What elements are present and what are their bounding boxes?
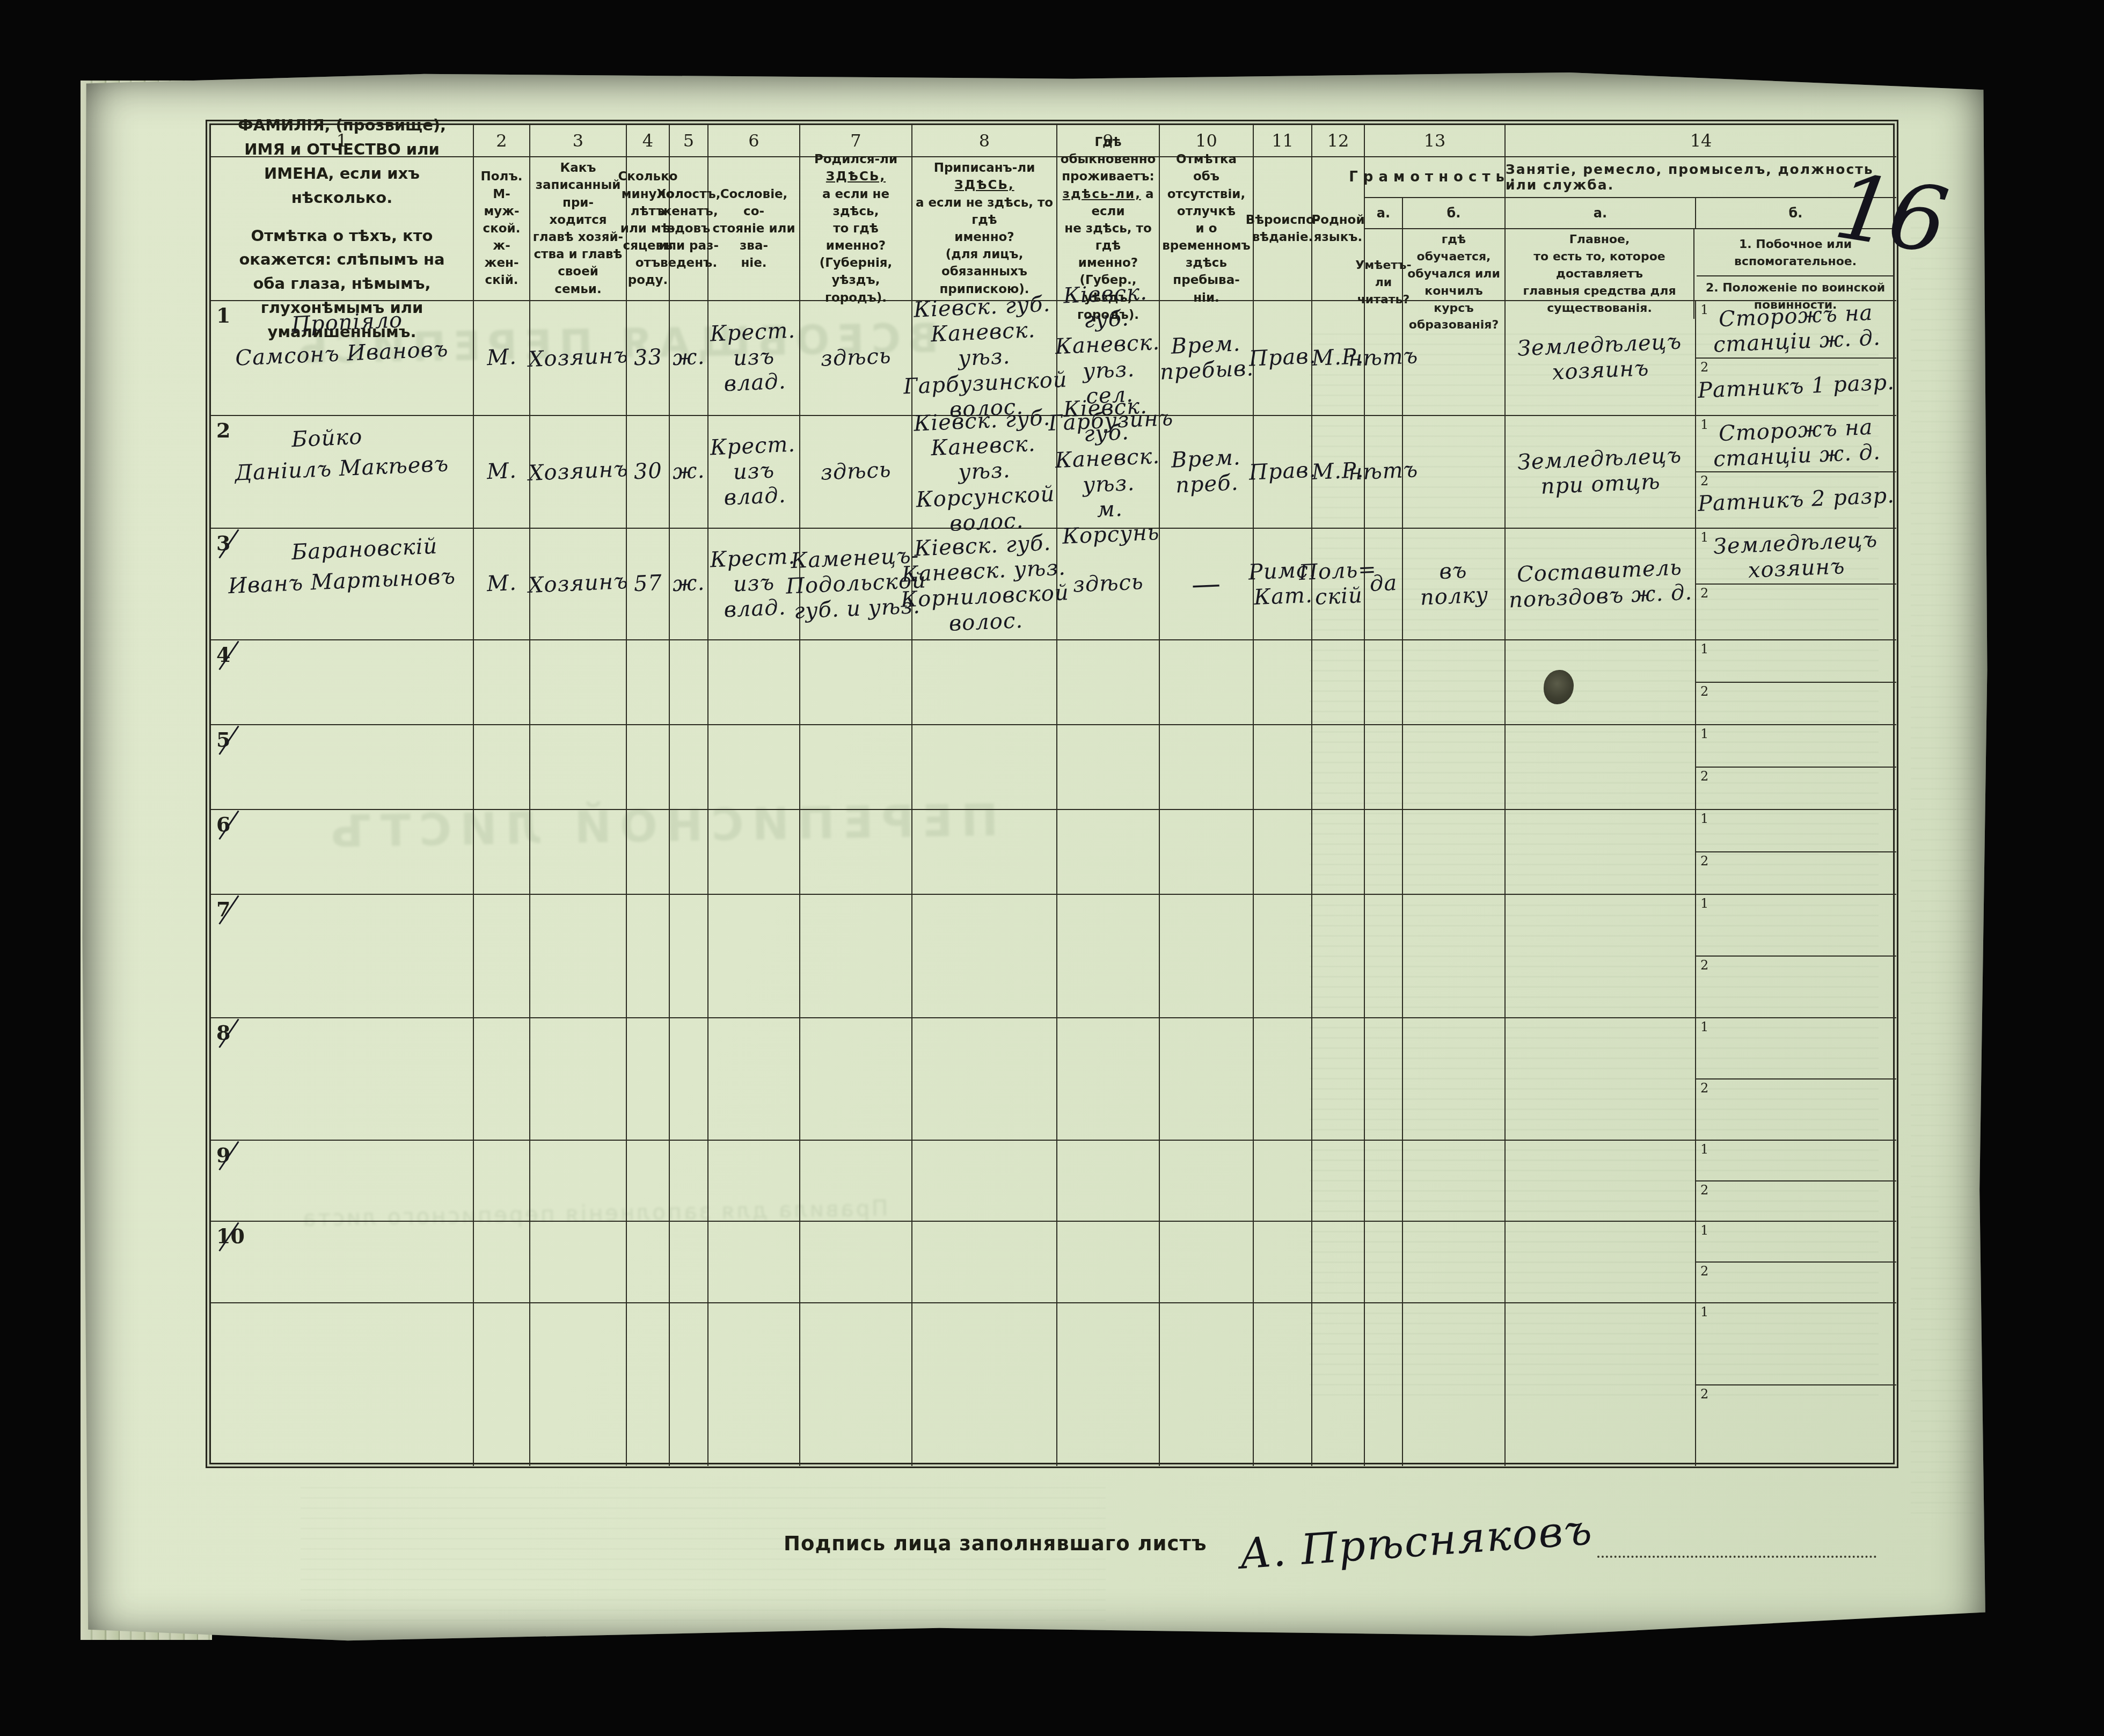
given-name-entry: Даніилъ Макѣевъ <box>210 451 473 487</box>
sub-label-2: 2 <box>1700 1387 1708 1402</box>
row-number: 1 <box>216 303 230 327</box>
sub-label-1: 1 <box>1700 530 1708 545</box>
birthplace-entry: здѣсь <box>800 416 912 529</box>
row-number: 2 <box>216 418 230 442</box>
main-occupation-entry: Земледѣлецъ при отцѣ <box>1506 416 1696 529</box>
surname-entry: Барановскій <box>291 533 473 566</box>
empty-cell <box>912 640 1057 725</box>
column-number-2: 2 <box>474 125 530 157</box>
main-occupation-entry: Земледѣлецъ хозяинъ <box>1506 301 1696 416</box>
empty-cell <box>530 1303 627 1466</box>
empty-cell <box>1254 1018 1312 1141</box>
sex-entry: М. <box>474 416 530 529</box>
empty-cell <box>1057 640 1160 725</box>
sex-entry: М. <box>474 529 530 640</box>
row-number: 3 <box>216 531 230 555</box>
empty-cell <box>1057 1141 1160 1222</box>
empty-cell <box>912 1018 1057 1141</box>
empty-cell <box>1403 1303 1506 1466</box>
empty-cell <box>530 640 627 725</box>
absence-entry: — <box>1160 529 1254 640</box>
empty-cell <box>708 895 800 1018</box>
age-entry: 33 <box>627 301 670 416</box>
empty-cell <box>1160 895 1254 1018</box>
empty-cell <box>1312 640 1365 725</box>
empty-cell <box>708 1018 800 1141</box>
empty-cell <box>474 810 530 895</box>
empty-cell <box>1365 1303 1403 1466</box>
empty-cell <box>1312 810 1365 895</box>
empty-cell <box>627 1141 670 1222</box>
empty-cell <box>1160 1141 1254 1222</box>
side-occupation-cell: 1Сторожъ на станціи ж. д. 2Ратникъ 2 раз… <box>1696 416 1896 529</box>
empty-cell <box>474 895 530 1018</box>
empty-cell <box>474 1303 530 1466</box>
military-status-entry: Ратникъ 1 разр. <box>1697 370 1895 404</box>
side-occupation-entry: Сторожъ на станціи ж. д. <box>1712 415 1881 473</box>
empty-cell <box>1506 1222 1696 1303</box>
empty-cell <box>1160 810 1254 895</box>
side-occupation-cell: 1 2 <box>1696 1222 1896 1303</box>
side-occupation-cell: 1Земледѣлецъ хозяинъ 2 <box>1696 529 1896 640</box>
row-number: 4 <box>216 643 230 667</box>
signature-label: Подпись лица заполнявшаго листъ <box>784 1518 1207 1555</box>
empty-cell <box>1506 1018 1696 1141</box>
empty-cell <box>627 810 670 895</box>
column-number-3: 3 <box>530 125 627 157</box>
empty-cell <box>627 1222 670 1303</box>
empty-cell <box>708 810 800 895</box>
sub-label-1: 1 <box>1700 641 1708 657</box>
estate-entry: Крест. изъ влад. <box>708 301 800 416</box>
empty-cell <box>474 1222 530 1303</box>
residence-entry: здѣсь <box>1057 529 1160 640</box>
empty-cell <box>1312 1222 1365 1303</box>
literacy-entry: да <box>1365 529 1403 640</box>
empty-row-name-cell: 4 <box>211 640 474 725</box>
birthplace-entry: Каменецъ- Подольской губ. и уѣз. <box>800 529 912 640</box>
empty-cell <box>670 895 708 1018</box>
empty-cell <box>1403 1018 1506 1141</box>
empty-cell <box>474 1018 530 1141</box>
row-1-name-cell: 1 Пропіяло Самсонъ Ивановъ <box>211 301 474 416</box>
column-number-13: 13 <box>1365 125 1506 157</box>
sub-label-1: 1 <box>1700 811 1708 826</box>
empty-cell <box>912 895 1057 1018</box>
empty-cell <box>1506 640 1696 725</box>
empty-cell <box>708 1303 800 1466</box>
empty-cell <box>670 1141 708 1222</box>
row-3-name-cell: 3 Барановскій Иванъ Мартыновъ <box>211 529 474 640</box>
empty-cell <box>1160 1222 1254 1303</box>
empty-cell <box>1403 810 1506 895</box>
row-number: 6 <box>216 812 230 836</box>
column-number-11: 11 <box>1254 125 1312 157</box>
empty-cell <box>1403 640 1506 725</box>
row-number: 8 <box>216 1020 230 1045</box>
empty-cell <box>708 640 800 725</box>
empty-cell <box>1057 725 1160 810</box>
sub-label-2: 2 <box>1700 1264 1708 1279</box>
side-occupation-cell: 1 2 <box>1696 640 1896 725</box>
empty-cell <box>1312 1018 1365 1141</box>
empty-cell <box>1160 1018 1254 1141</box>
given-name-entry: Самсонъ Ивановъ <box>210 336 473 373</box>
empty-cell <box>627 1303 670 1466</box>
empty-cell <box>1254 1141 1312 1222</box>
empty-cell <box>1254 725 1312 810</box>
empty-cell <box>670 1303 708 1466</box>
empty-cell <box>1312 1141 1365 1222</box>
empty-cell <box>1254 1303 1312 1466</box>
empty-cell <box>670 810 708 895</box>
registration-entry: Кіевск. губ. Каневск. уѣз. Гарбузинской … <box>912 301 1057 416</box>
sub-label-2: 2 <box>1700 854 1708 869</box>
empty-cell <box>1254 640 1312 725</box>
empty-cell <box>1403 895 1506 1018</box>
marital-entry: ж. <box>670 529 708 640</box>
empty-cell <box>1365 895 1403 1018</box>
side-occupation-entry: Земледѣлецъ хозяинъ <box>1713 527 1879 585</box>
absence-entry: Врем. пребыв. <box>1160 301 1254 416</box>
side-occupation-cell: 1 2 <box>1696 1303 1896 1466</box>
empty-cell <box>800 725 912 810</box>
empty-cell <box>708 1141 800 1222</box>
column-number-5: 5 <box>670 125 708 157</box>
age-entry: 57 <box>627 529 670 640</box>
empty-cell <box>1057 1222 1160 1303</box>
row-number: 10 <box>216 1224 245 1248</box>
column-number-4: 4 <box>627 125 670 157</box>
empty-cell <box>474 725 530 810</box>
empty-cell <box>1506 725 1696 810</box>
empty-cell <box>530 810 627 895</box>
empty-cell <box>1365 640 1403 725</box>
side-occupation-entry: Сторожъ на станціи ж. д. <box>1712 301 1881 359</box>
empty-cell <box>627 725 670 810</box>
empty-row-name-cell: 8 <box>211 1018 474 1141</box>
empty-cell <box>1057 810 1160 895</box>
sub-label-2: 2 <box>1700 958 1708 973</box>
residence-entry: Кіевск. губ. Каневск. уѣз. м. Корсунь <box>1057 416 1160 529</box>
side-occupation-cell: 1 2 <box>1696 1018 1896 1141</box>
side-occupation-cell: 1 2 <box>1696 725 1896 810</box>
column-number-14: 14 <box>1506 125 1896 157</box>
marital-entry: ж. <box>670 416 708 529</box>
signature-block: Подпись лица заполнявшаго листъ А. Прѣсн… <box>784 1518 1876 1566</box>
empty-cell <box>1506 1303 1696 1466</box>
empty-row-name-cell: 6 <box>211 810 474 895</box>
header-name-column: ФАМИЛІЯ, (прозвище), ИМЯ и ОТЧЕСТВО или … <box>211 157 474 301</box>
surname-entry: Пропіяло <box>291 305 473 338</box>
estate-entry: Крест. изъ влад. <box>708 416 800 529</box>
empty-cell <box>670 640 708 725</box>
row-2-name-cell: 2 Бойко Даніилъ Макѣевъ <box>211 416 474 529</box>
empty-cell <box>530 1141 627 1222</box>
empty-cell <box>800 640 912 725</box>
empty-cell <box>530 895 627 1018</box>
header-marital: Холостъ, женатъ, вдовъ или раз- веденъ. <box>670 157 708 301</box>
empty-cell <box>800 810 912 895</box>
empty-cell <box>1365 1141 1403 1222</box>
age-entry: 30 <box>627 416 670 529</box>
empty-cell <box>1365 810 1403 895</box>
row-number: 9 <box>216 1143 230 1167</box>
sub-label-2: 2 <box>1700 360 1708 375</box>
education-entry: въ полку <box>1403 529 1506 640</box>
sub-label-2: 2 <box>1700 586 1708 601</box>
empty-cell <box>912 1141 1057 1222</box>
sub-label-2: 2 <box>1700 473 1708 488</box>
empty-cell <box>800 1141 912 1222</box>
column-number-8: 8 <box>912 125 1057 157</box>
sub-label-2: 2 <box>1700 1081 1708 1096</box>
main-occupation-entry: Составитель поѣздовъ ж. д. <box>1506 529 1696 640</box>
page-number: 16 <box>1828 153 1952 274</box>
empty-cell <box>1160 640 1254 725</box>
side-occupation-cell: 1 2 <box>1696 810 1896 895</box>
literacy-entry: нѣтъ <box>1365 416 1403 529</box>
sex-entry: М. <box>474 301 530 416</box>
header-estate: Сословіе, со- стояніе или зва- ніе. <box>708 157 800 301</box>
sub-label-2: 2 <box>1700 1183 1708 1198</box>
sub-label-1: 1 <box>1700 726 1708 741</box>
header-residence: Гдѣ обыкновенно проживаетъ: здѣсь-ли, а … <box>1057 157 1160 301</box>
empty-cell <box>1365 1018 1403 1141</box>
sub-label-1: 1 <box>1700 1304 1708 1319</box>
row-number: 7 <box>216 897 230 921</box>
surname-entry: Бойко <box>291 420 473 453</box>
literacy-entry: нѣтъ <box>1365 301 1403 416</box>
empty-cell <box>670 1018 708 1141</box>
empty-cell <box>1403 1222 1506 1303</box>
registration-entry: Кіевск. губ. Каневск. уѣз. Корсунской во… <box>912 416 1057 529</box>
empty-cell <box>912 810 1057 895</box>
empty-cell <box>474 1141 530 1222</box>
empty-cell <box>912 1222 1057 1303</box>
empty-cell <box>708 1222 800 1303</box>
sub-label-1: 1 <box>1700 896 1708 911</box>
census-sheet-photo: ВСЕОБЩАЯ ПЕРЕПИСЬ ПЕРЕПИСНОЙ ЛИСТЪ Прави… <box>0 0 2104 1736</box>
empty-row-name-cell: 10 <box>211 1222 474 1303</box>
side-occupation-cell: 1 2 <box>1696 1141 1896 1222</box>
sub-label-2: 2 <box>1700 769 1708 784</box>
empty-cell <box>800 1303 912 1466</box>
relation-entry: Хозяинъ <box>530 416 627 529</box>
empty-cell <box>1057 1018 1160 1141</box>
empty-cell <box>1254 895 1312 1018</box>
empty-cell <box>1403 1141 1506 1222</box>
header-birthplace: Родился-ли ЗДѢСЬ, а если не здѣсь, то гд… <box>800 157 912 301</box>
religion-entry: Прав. <box>1254 416 1312 529</box>
language-entry: Поль= скій <box>1312 529 1365 640</box>
empty-cell <box>670 1222 708 1303</box>
empty-row-name-cell <box>211 1303 474 1466</box>
empty-cell <box>1506 810 1696 895</box>
empty-cell <box>474 640 530 725</box>
sub-label-2: 2 <box>1700 684 1708 699</box>
empty-cell <box>627 640 670 725</box>
empty-cell <box>1506 1141 1696 1222</box>
relation-entry: Хозяинъ <box>530 529 627 640</box>
absence-entry: Врем. преб. <box>1160 416 1254 529</box>
side-occupation-cell: 1Сторожъ на станціи ж. д. 2Ратникъ 1 раз… <box>1696 301 1896 416</box>
column-number-6: 6 <box>708 125 800 157</box>
sub-label-1: 1 <box>1700 302 1708 317</box>
empty-cell <box>530 1018 627 1141</box>
signature-dotted-line <box>1597 1556 1876 1558</box>
empty-cell <box>800 1222 912 1303</box>
birthplace-entry: здѣсь <box>800 301 912 416</box>
empty-cell <box>1057 895 1160 1018</box>
given-name-entry: Иванъ Мартыновъ <box>210 564 473 600</box>
empty-cell <box>670 725 708 810</box>
military-status-entry: Ратникъ 2 разр. <box>1697 483 1895 517</box>
education-entry <box>1403 301 1506 416</box>
header-registration: Приписанъ-ли ЗДѢСЬ, а если не здѣсь, то … <box>912 157 1057 301</box>
empty-cell <box>1506 895 1696 1018</box>
empty-cell <box>627 1018 670 1141</box>
empty-cell <box>1160 1303 1254 1466</box>
sub-label-1: 1 <box>1700 1142 1708 1157</box>
empty-cell <box>1254 1222 1312 1303</box>
registration-entry: Кіевск. губ. Каневск. уѣз. Корниловской … <box>912 529 1057 640</box>
side-occupation-cell: 1 2 <box>1696 895 1896 1018</box>
column-number-12: 12 <box>1312 125 1365 157</box>
row-number: 5 <box>216 727 230 752</box>
education-entry <box>1403 416 1506 529</box>
empty-cell <box>1254 810 1312 895</box>
sub-label-1: 1 <box>1700 1223 1708 1238</box>
header-literacy-group: Грамотность. а. б. Умѣетъ- ли читать? гд… <box>1365 157 1506 301</box>
empty-cell <box>530 1222 627 1303</box>
empty-cell <box>708 725 800 810</box>
marital-entry: ж. <box>670 301 708 416</box>
empty-cell <box>912 1303 1057 1466</box>
empty-cell <box>1160 725 1254 810</box>
empty-cell <box>1057 1303 1160 1466</box>
empty-cell <box>1403 725 1506 810</box>
religion-entry: Прав. <box>1254 301 1312 416</box>
empty-cell <box>1365 1222 1403 1303</box>
header-religion: Вѣроиспо- вѣданіе. <box>1254 157 1312 301</box>
empty-cell <box>800 1018 912 1141</box>
sub-label-1: 1 <box>1700 417 1708 432</box>
header-absence: Отмѣтка объ отсутствіи, отлучкѣ и о врем… <box>1160 157 1254 301</box>
empty-row-name-cell: 7 <box>211 895 474 1018</box>
census-table: 1 2 3 4 5 6 7 8 9 10 11 12 13 14 ФАМИЛІЯ… <box>209 123 1895 1464</box>
sub-label-1: 1 <box>1700 1019 1708 1034</box>
header-relation: Какъ записанный при- ходится главѣ хозяй… <box>530 157 627 301</box>
relation-entry: Хозяинъ <box>530 301 627 416</box>
empty-cell <box>1312 895 1365 1018</box>
empty-cell <box>530 725 627 810</box>
empty-cell <box>1312 1303 1365 1466</box>
empty-row-name-cell: 5 <box>211 725 474 810</box>
empty-cell <box>800 895 912 1018</box>
empty-cell <box>1312 725 1365 810</box>
empty-row-name-cell: 9 <box>211 1141 474 1222</box>
empty-cell <box>627 895 670 1018</box>
empty-cell <box>912 725 1057 810</box>
header-sex: Полъ. М-муж- ской. ж-жен- скій. <box>474 157 530 301</box>
empty-cell <box>1365 725 1403 810</box>
